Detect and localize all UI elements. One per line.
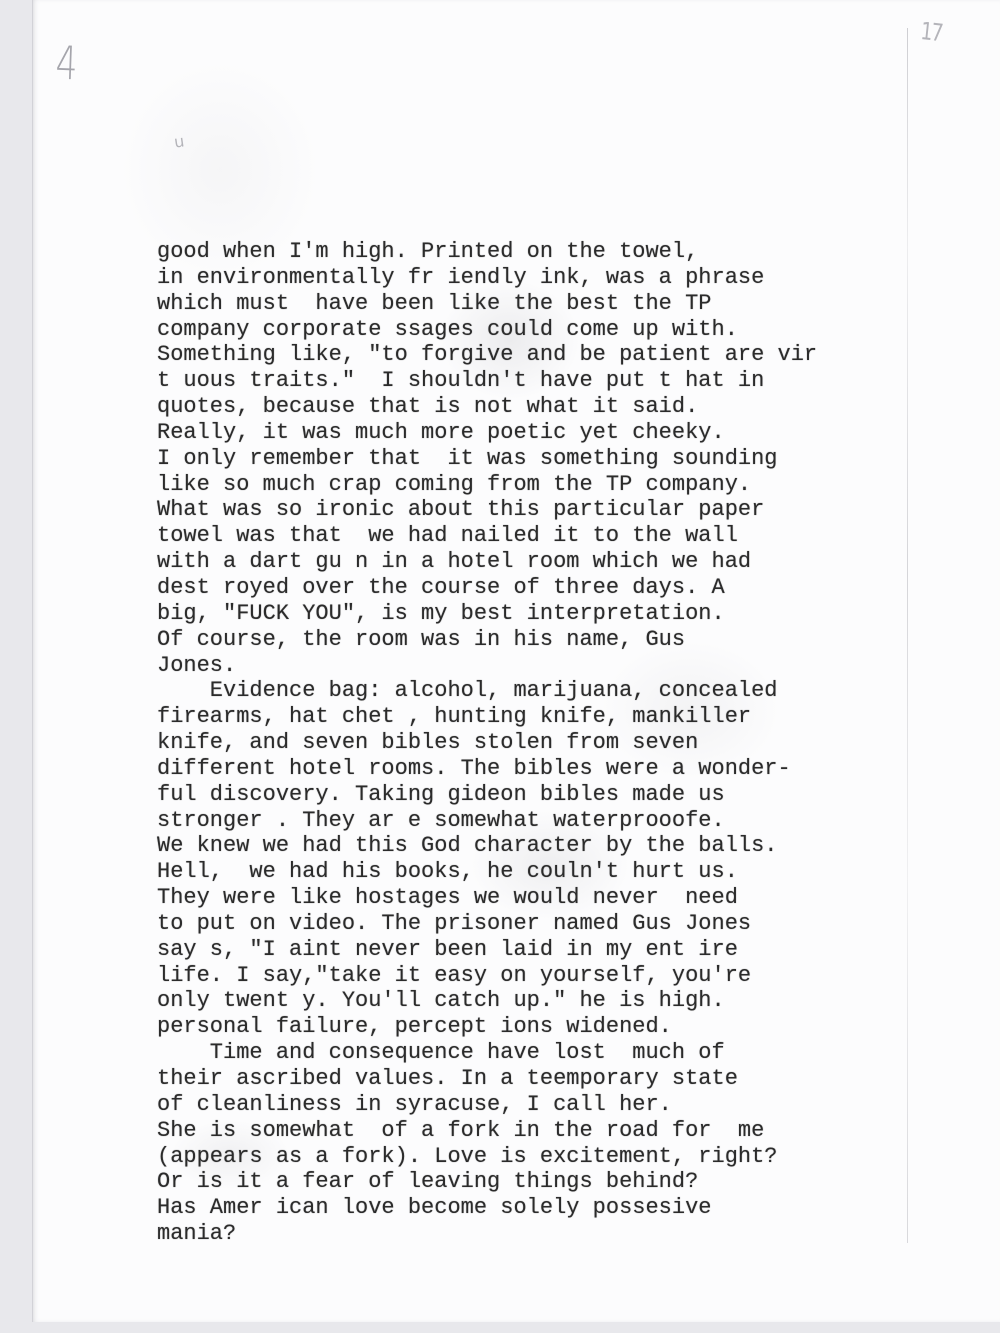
typewritten-text: good when I'm high. Printed on the towel…: [157, 239, 817, 1247]
text-line: life. I say,"take it easy on yourself, y…: [157, 963, 817, 989]
text-line: only twent y. You'll catch up." he is hi…: [157, 988, 817, 1014]
text-line: big, "FUCK YOU", is my best interpretati…: [157, 601, 817, 627]
text-line: personal failure, percept ions widened.: [157, 1014, 817, 1040]
text-line: They were like hostages we would never n…: [157, 885, 817, 911]
text-line: to put on video. The prisoner named Gus …: [157, 911, 817, 937]
text-line: Or is it a fear of leaving things behind…: [157, 1169, 817, 1195]
text-line: Hell, we had his books, he couln't hurt …: [157, 859, 817, 885]
handwritten-page-number: 4: [55, 36, 79, 91]
text-line: in environmentally fr iendly ink, was a …: [157, 265, 817, 291]
text-line: (appears as a fork). Love is excitement,…: [157, 1144, 817, 1170]
text-line: dest royed over the course of three days…: [157, 575, 817, 601]
text-line: Jones.: [157, 653, 817, 679]
text-line: Really, it was much more poetic yet chee…: [157, 420, 817, 446]
scan-fold-line: [907, 28, 908, 1243]
text-line: Time and consequence have lost much of: [157, 1040, 817, 1066]
text-line: different hotel rooms. The bibles were a…: [157, 756, 817, 782]
text-line: of cleanliness in syracuse, I call her.: [157, 1092, 817, 1118]
text-line: towel was that we had nailed it to the w…: [157, 523, 817, 549]
text-line: their ascribed values. In a teemporary s…: [157, 1066, 817, 1092]
text-line: t uous traits." I shouldn't have put t h…: [157, 368, 817, 394]
handwritten-corner-mark: 17: [919, 17, 943, 47]
text-line: with a dart gu n in a hotel room which w…: [157, 549, 817, 575]
text-line: Of course, the room was in his name, Gus: [157, 627, 817, 653]
text-line: firearms, hat chet , hunting knife, mank…: [157, 704, 817, 730]
text-line: which must have been like the best the T…: [157, 291, 817, 317]
text-line: Has Amer ican love become solely possesi…: [157, 1195, 817, 1221]
text-line: mania?: [157, 1221, 817, 1247]
text-line: I only remember that it was something so…: [157, 446, 817, 472]
text-line: like so much crap coming from the TP com…: [157, 472, 817, 498]
text-line: Evidence bag: alcohol, marijuana, concea…: [157, 678, 817, 704]
text-line: ful discovery. Taking gideon bibles made…: [157, 782, 817, 808]
text-line: company corporate ssages could come up w…: [157, 317, 817, 343]
scanned-document-page: 4 17 u good when I'm high. Printed on th…: [0, 0, 1000, 1333]
text-line: say s, "I aint never been laid in my ent…: [157, 937, 817, 963]
text-line: What was so ironic about this particular…: [157, 497, 817, 523]
text-line: quotes, because that is not what it said…: [157, 394, 817, 420]
text-line: We knew we had this God character by the…: [157, 833, 817, 859]
text-line: stronger . They ar e somewhat waterprooo…: [157, 808, 817, 834]
text-line: good when I'm high. Printed on the towel…: [157, 239, 817, 265]
text-line: Something like, "to forgive and be patie…: [157, 342, 817, 368]
text-line: knife, and seven bibles stolen from seve…: [157, 730, 817, 756]
text-line: She is somewhat of a fork in the road fo…: [157, 1118, 817, 1144]
